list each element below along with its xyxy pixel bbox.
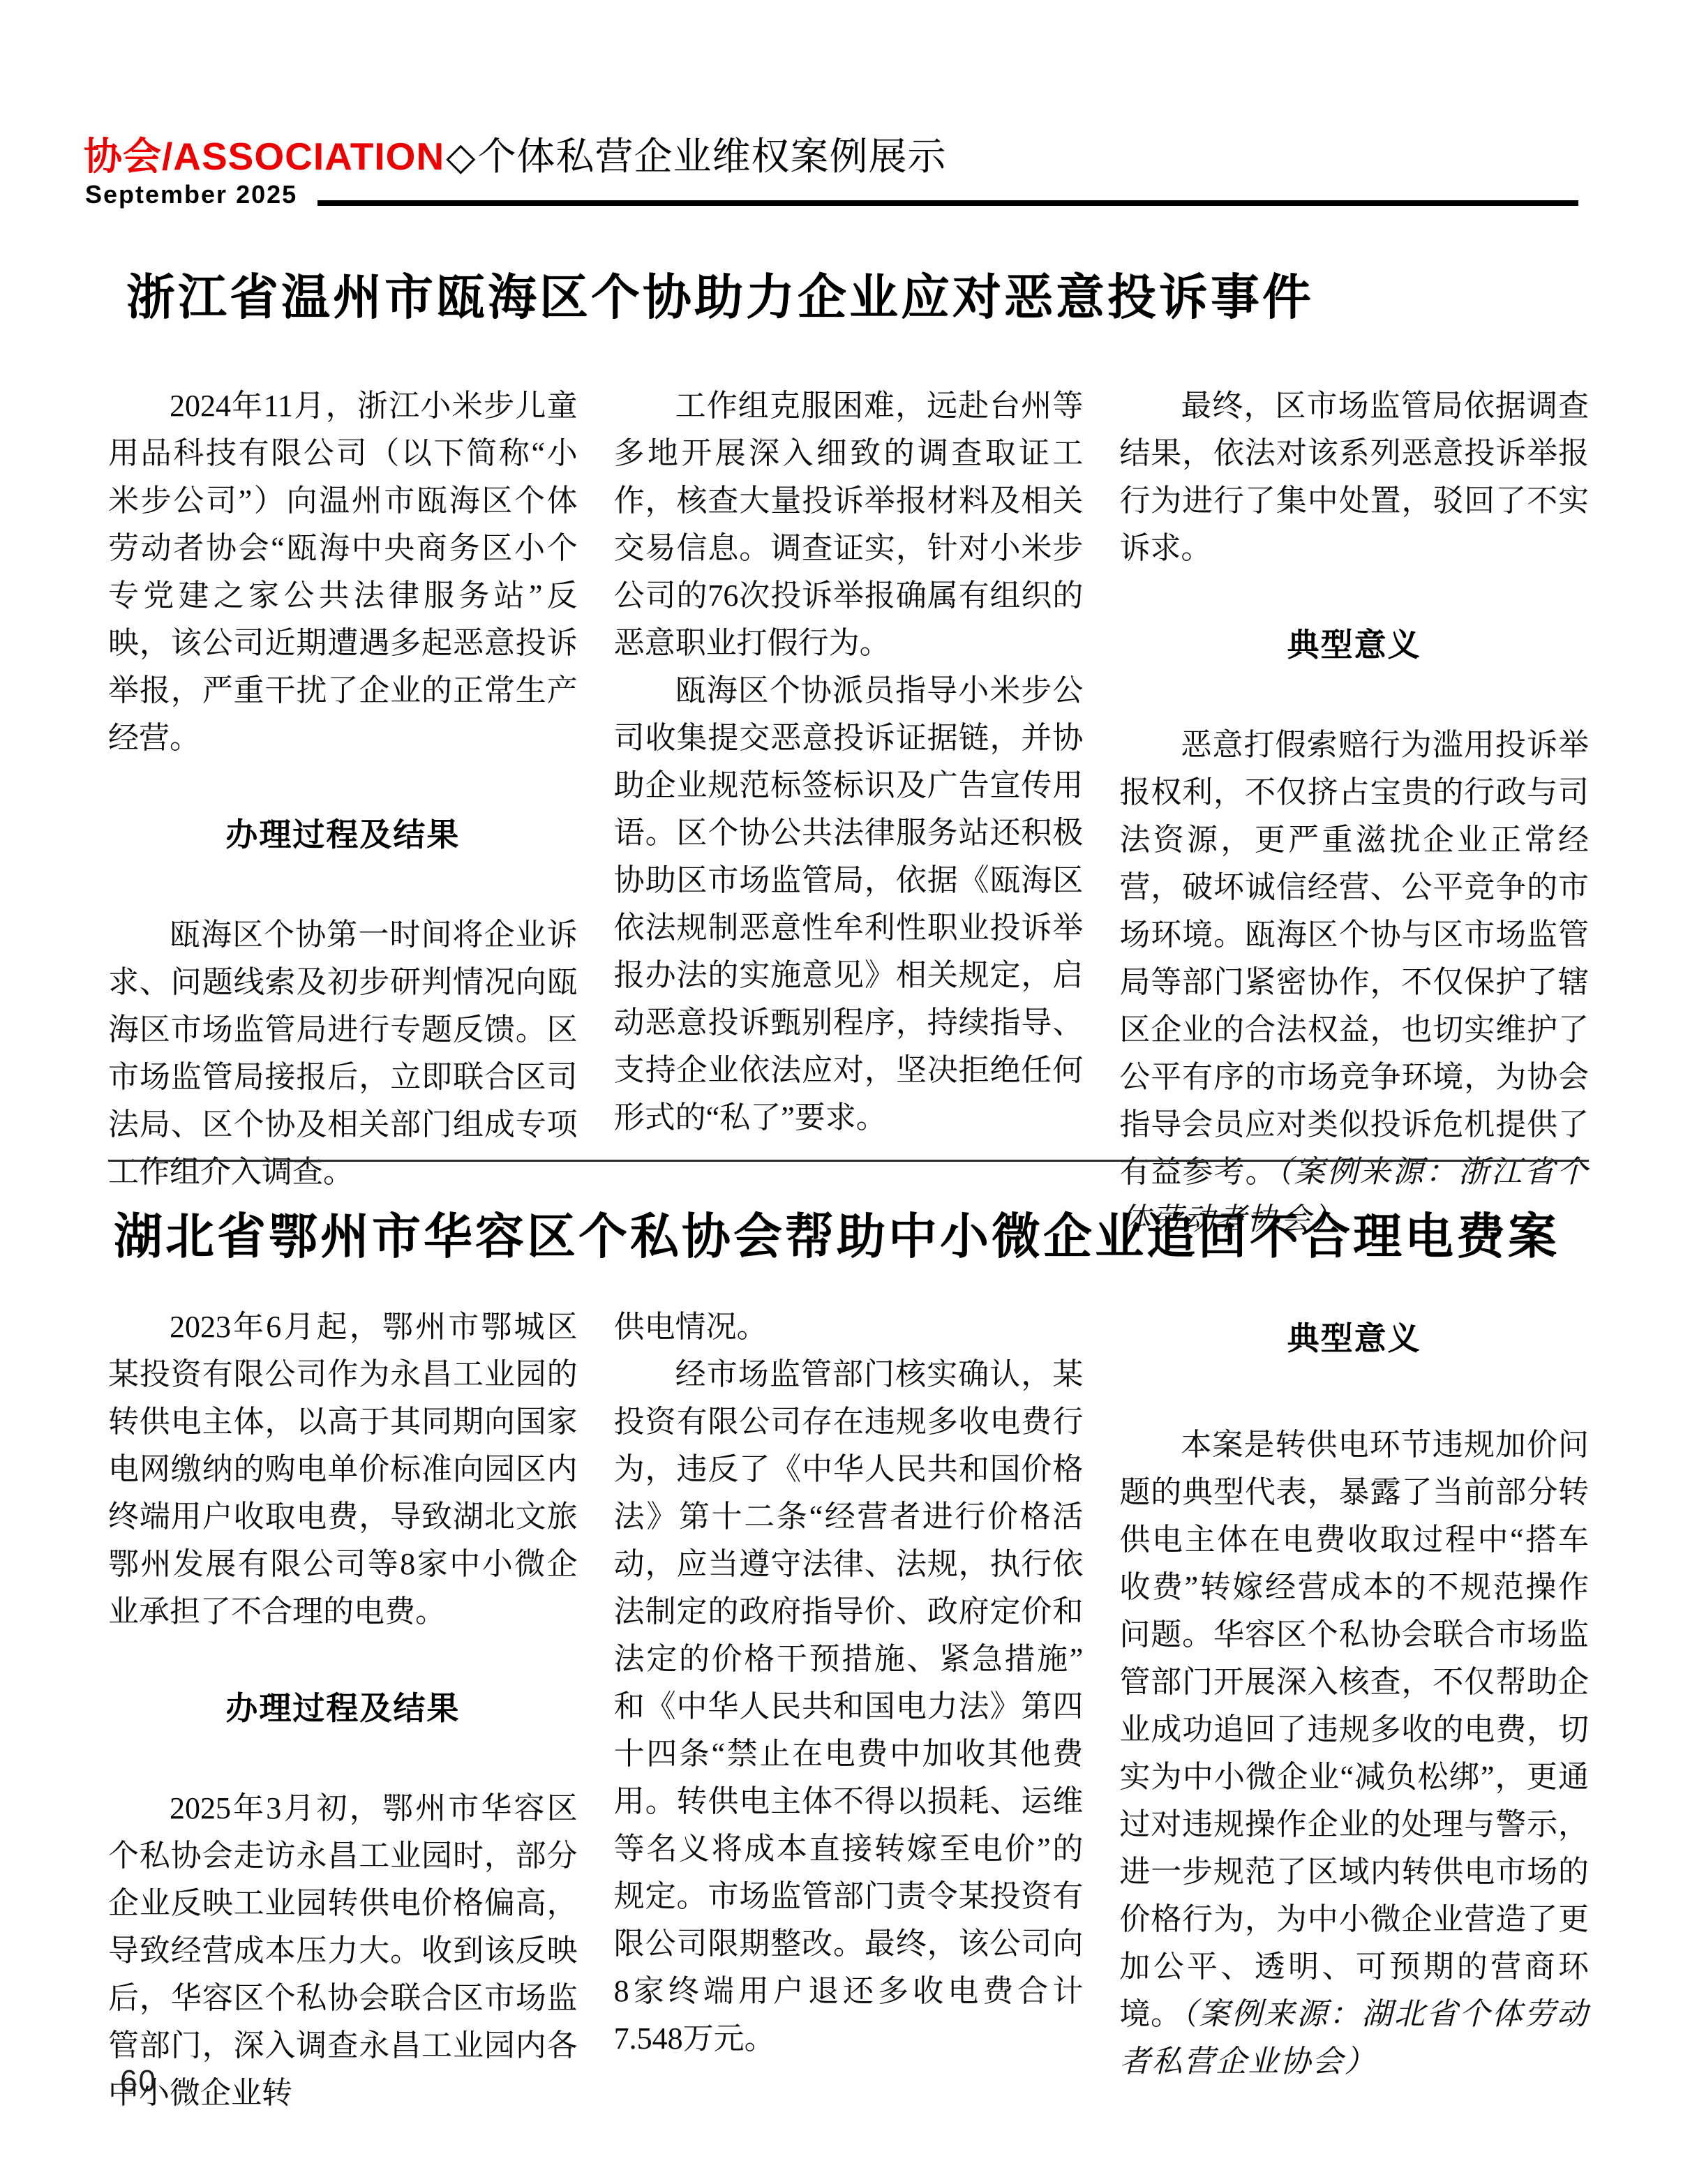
- paragraph: 2023年6月起，鄂州市鄂城区某投资有限公司作为永昌工业园的转供电主体，以高于其…: [108, 1303, 578, 1636]
- article-1-title: 浙江省温州市瓯海区个协助力企业应对恶意投诉事件: [108, 267, 1589, 328]
- section-subtitle: 个体私营企业维权案例展示: [477, 135, 946, 178]
- column-heading-process-result: 办理过程及结果: [108, 811, 578, 858]
- paragraph-continuation: 供电情况。: [614, 1303, 1084, 1351]
- article-1-column-1: 2024年11月，浙江小米步儿童用品科技有限公司（以下简称“小米步公司”）向温州…: [108, 382, 578, 1243]
- paragraph: 2024年11月，浙江小米步儿童用品科技有限公司（以下简称“小米步公司”）向温州…: [108, 382, 578, 762]
- article-1: 浙江省温州市瓯海区个协助力企业应对恶意投诉事件 2024年11月，浙江小米步儿童…: [108, 267, 1589, 1243]
- issue-date: September 2025: [85, 180, 297, 209]
- paragraph: 瓯海区个协派员指导小米步公司收集提交恶意投诉证据链，并协助企业规范标签标识及广告…: [614, 667, 1084, 1142]
- magazine-page: 协会/ASSOCIATION◇个体私营企业维权案例展示 September 20…: [0, 0, 1690, 2184]
- paragraph: 最终，区市场监管局依据调查结果，依法对该系列恶意投诉举报行为进行了集中处置，驳回…: [1119, 382, 1589, 572]
- column-heading-significance: 典型意义: [1119, 621, 1589, 668]
- article-2-title: 湖北省鄂州市华容区个私协会帮助中小微企业追回不合理电费案: [108, 1206, 1589, 1267]
- article-2-column-2: 供电情况。 经市场监管部门核实确认，某投资有限公司存在违规多收电费行为，违反了《…: [614, 1303, 1084, 2117]
- paragraph: 2025年3月初，鄂州市华容区个私协会走访永昌工业园时，部分企业反映工业园转供电…: [108, 1785, 578, 2117]
- article-2-columns: 2023年6月起，鄂州市鄂城区某投资有限公司作为永昌工业园的转供电主体，以高于其…: [108, 1303, 1589, 2117]
- section-label: 协会/ASSOCIATION: [84, 135, 444, 178]
- column-heading-process-result: 办理过程及结果: [108, 1684, 578, 1732]
- article-2: 湖北省鄂州市华容区个私协会帮助中小微企业追回不合理电费案 2023年6月起，鄂州…: [108, 1206, 1589, 2117]
- source-note: （案例来源：湖北省个体劳动者私营企业协会）: [1119, 1997, 1589, 2079]
- paragraph: 经市场监管部门核实确认，某投资有限公司存在违规多收电费行为，违反了《中华人民共和…: [614, 1351, 1084, 2063]
- article-2-column-1: 2023年6月起，鄂州市鄂城区某投资有限公司作为永昌工业园的转供电主体，以高于其…: [108, 1303, 578, 2117]
- article-1-columns: 2024年11月，浙江小米步儿童用品科技有限公司（以下简称“小米步公司”）向温州…: [108, 382, 1589, 1243]
- diamond-icon: ◇: [446, 135, 476, 178]
- paragraph: 瓯海区个协第一时间将企业诉求、问题线索及初步研判情况向瓯海区市场监管局进行专题反…: [108, 911, 578, 1196]
- page-number: 60: [120, 2064, 157, 2099]
- column-heading-significance: 典型意义: [1119, 1315, 1589, 1362]
- paragraph-text: 本案是转供电环节违规加价问题的典型代表，暴露了当前部分转供电主体在电费收取过程中…: [1119, 1428, 1589, 2031]
- paragraph: 工作组克服困难，远赴台州等多地开展深入细致的调查取证工作，核查大量投诉举报材料及…: [614, 382, 1084, 667]
- paragraph: 恶意打假索赔行为滥用投诉举报权利，不仅挤占宝贵的行政与司法资源，更严重滋扰企业正…: [1119, 721, 1589, 1243]
- header-rule: [317, 200, 1578, 206]
- article-1-column-3: 最终，区市场监管局依据调查结果，依法对该系列恶意投诉举报行为进行了集中处置，驳回…: [1119, 382, 1589, 1243]
- masthead: 协会/ASSOCIATION◇个体私营企业维权案例展示: [84, 134, 947, 179]
- article-2-column-3: 典型意义 本案是转供电环节违规加价问题的典型代表，暴露了当前部分转供电主体在电费…: [1119, 1303, 1589, 2117]
- paragraph-text: 恶意打假索赔行为滥用投诉举报权利，不仅挤占宝贵的行政与司法资源，更严重滋扰企业正…: [1119, 728, 1589, 1189]
- paragraph: 本案是转供电环节违规加价问题的典型代表，暴露了当前部分转供电主体在电费收取过程中…: [1119, 1421, 1589, 2086]
- article-1-column-2: 工作组克服困难，远赴台州等多地开展深入细致的调查取证工作，核查大量投诉举报材料及…: [614, 382, 1084, 1243]
- article-divider: [108, 1160, 1589, 1162]
